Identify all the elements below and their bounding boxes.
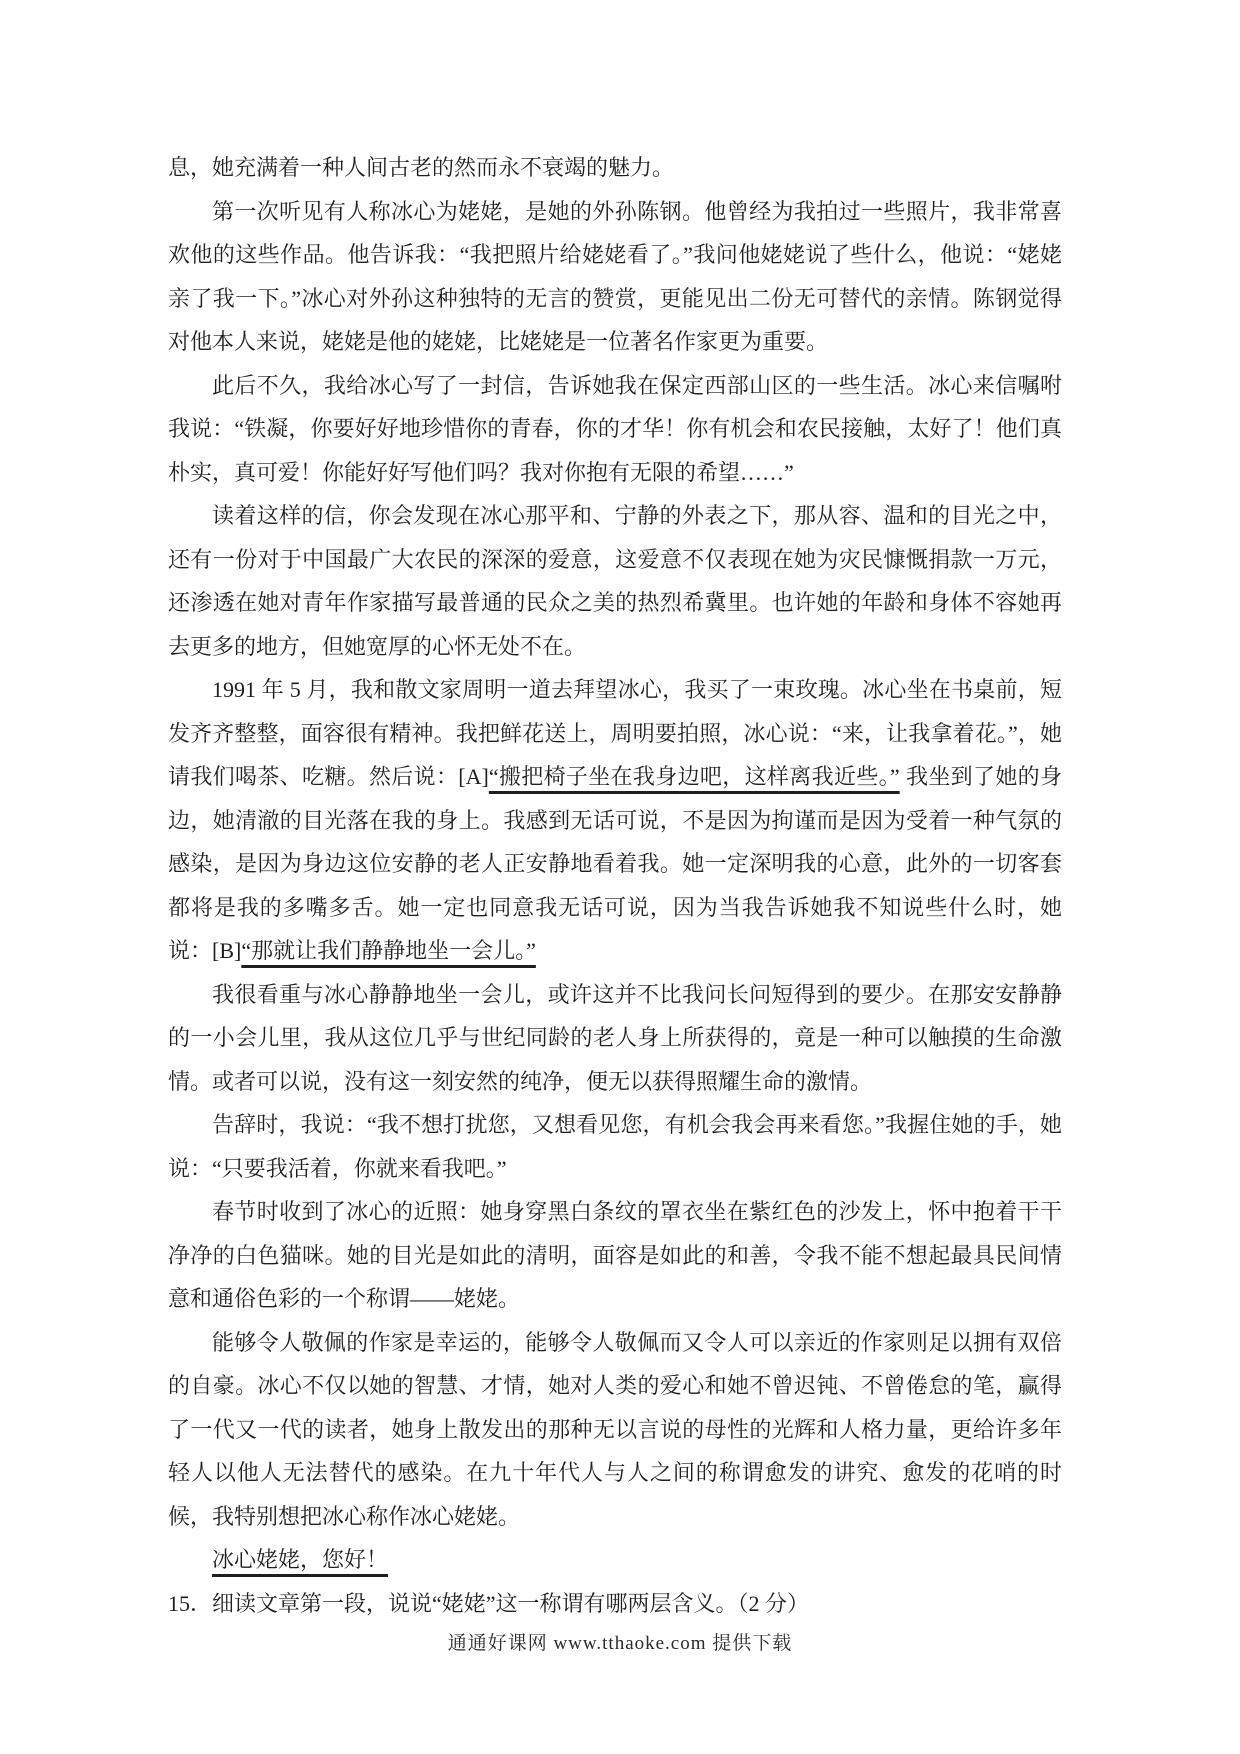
paragraph-sitting-quietly: 我很看重与冰心静静地坐一会儿，或许这并不比我问长问短得到的要少。在那安安静静的一…: [168, 973, 1062, 1104]
paragraph-first-heard: 第一次听见有人称冰心为姥姥，是她的外孙陈钢。他曾经为我拍过一些照片，我非常喜欢他…: [168, 190, 1062, 364]
paragraph-text: 我坐到了她的身边，她清澈的目光落在我的身上。我感到无话可说，不是因为拘谨而是因为…: [168, 764, 1062, 963]
underlined-quote-a: “搬把椅子坐在我身边吧，这样离我近些。”: [489, 764, 906, 789]
paragraph-text: 第一次听见有人称冰心为姥姥，是她的外孙陈钢。他曾经为我拍过一些照片，我非常喜欢他…: [168, 199, 1062, 355]
paragraph-text: 读着这样的信，你会发现在冰心那平和、宁静的外表之下，那从容、温和的目光之中，还有…: [168, 503, 1062, 659]
question-15: 15．细读文章第一段，说说“姥姥”这一称谓有哪两层含义。（2 分）: [168, 1582, 1062, 1626]
paragraph-admirable-writer: 能够令人敬佩的作家是幸运的，能够令人敬佩而又令人可以亲近的作家则足以拥有双倍的自…: [168, 1321, 1062, 1539]
paragraph-greeting: 冰心姥姥，您好！: [168, 1538, 1062, 1582]
paragraph-text: 息，她充满着一种人间古老的然而永不衰竭的魅力。: [168, 155, 674, 180]
paragraph-letter: 此后不久，我给冰心写了一封信，告诉她我在保定西部山区的一些生活。冰心来信嘱咐我说…: [168, 364, 1062, 495]
paragraph-text: 春节时收到了冰心的近照：她身穿黑白条纹的罩衣坐在紫红色的沙发上，怀中抱着干干净净…: [168, 1199, 1062, 1311]
article-body: 息，她充满着一种人间古老的然而永不衰竭的魅力。 第一次听见有人称冰心为姥姥，是她…: [168, 146, 1062, 1625]
page-footer: 通通好课网 www.tthaoke.com 提供下载: [0, 1628, 1240, 1655]
paragraph-farewell: 告辞时，我说：“我不想打扰您，又想看见您，有机会我会再来看您。”我握住她的手，她…: [168, 1103, 1062, 1190]
document-page: 息，她充满着一种人间古老的然而永不衰竭的魅力。 第一次听见有人称冰心为姥姥，是她…: [0, 0, 1240, 1754]
paragraph-reading-letter: 读着这样的信，你会发现在冰心那平和、宁静的外表之下，那从容、温和的目光之中，还有…: [168, 494, 1062, 668]
paragraph-text: 我很看重与冰心静静地坐一会儿，或许这并不比我问长问短得到的要少。在那安安静静的一…: [168, 982, 1062, 1094]
underlined-greeting: 冰心姥姥，您好！: [212, 1547, 422, 1572]
paragraph-spring-festival-photo: 春节时收到了冰心的近照：她身穿黑白条纹的罩衣坐在紫红色的沙发上，怀中抱着干干净净…: [168, 1190, 1062, 1321]
paragraph-text: 此后不久，我给冰心写了一封信，告诉她我在保定西部山区的一些生活。冰心来信嘱咐我说…: [168, 373, 1062, 485]
footer-text: 通通好课网 www.tthaoke.com 提供下载: [448, 1633, 793, 1654]
question-text: 15．细读文章第一段，说说“姥姥”这一称谓有哪两层含义。（2 分）: [168, 1591, 809, 1616]
paragraph-visit-1991: 1991 年 5 月，我和散文家周明一道去拜望冰心，我买了一束玫瑰。冰心坐在书桌…: [168, 668, 1062, 973]
paragraph-continuation: 息，她充满着一种人间古老的然而永不衰竭的魅力。: [168, 146, 1062, 190]
underlined-quote-b: “那就让我们静静地坐一会儿。”: [241, 938, 542, 963]
paragraph-text: 能够令人敬佩的作家是幸运的，能够令人敬佩而又令人可以亲近的作家则足以拥有双倍的自…: [168, 1330, 1062, 1529]
paragraph-text: 告辞时，我说：“我不想打扰您，又想看见您，有机会我会再来看您。”我握住她的手，她…: [168, 1112, 1062, 1181]
